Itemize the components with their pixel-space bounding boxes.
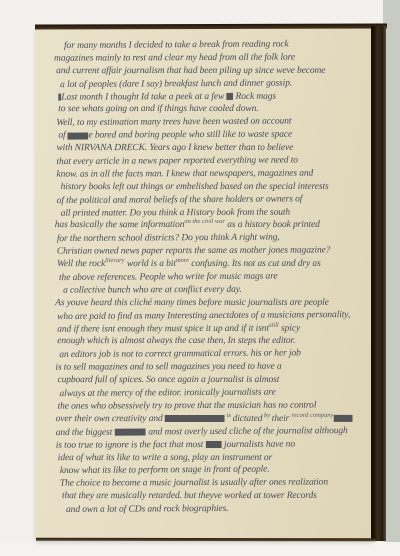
handwritten-text: that they are musically retarded. but th… [62, 491, 317, 501]
handwritten-text: has basically the same information [55, 220, 185, 230]
handwritten-text: who are paid to find as many Interesting… [57, 310, 350, 322]
handwritten-text: is too true to ignore is the fact that m… [56, 440, 206, 451]
handwritten-text: history books left out things or embelis… [61, 182, 329, 192]
scribbled-out-word: rd co [333, 414, 352, 424]
handwritten-line: for many months I decided to take a brea… [64, 38, 370, 53]
handwritten-text: a collective bunch who are at conflict e… [63, 285, 242, 296]
handwritten-text: idea of what its like to write a song, p… [58, 452, 272, 462]
handwritten-line: cupboard full of spices. So once again a… [57, 374, 371, 387]
book-top-edge [35, 24, 387, 30]
book-right-edge [371, 26, 386, 541]
handwritten-line: and the biggest cliche of and most overl… [56, 425, 372, 440]
handwritten-line: As youve heard this cliché many times be… [55, 297, 371, 310]
handwritten-text: the above references. People who write f… [59, 272, 278, 284]
handwritten-text: cupboard full of spices. So once again a… [57, 375, 279, 385]
handwritten-line: who are paid to find as many Interesting… [57, 309, 371, 324]
handwritten-text: As youve heard this cliché many times be… [55, 298, 329, 308]
scribbled-out-word: cliche of [114, 427, 146, 437]
handwritten-text: a lot of peoples (dare I say) breakfast … [60, 78, 292, 90]
handwritten-text: and the biggest [56, 427, 115, 437]
handwritten-line: know. as in all the facts man. I knew th… [57, 167, 371, 181]
handwritten-line: an editors job is not to correct grammat… [59, 347, 371, 362]
handwritten-text: an editors job is not to correct grammat… [59, 349, 301, 361]
scribbled-out-word: rock [206, 440, 222, 450]
handwritten-line: Well, to my estimation many trees have b… [56, 115, 370, 130]
handwritten-text: know what its like to perform on stage i… [60, 465, 270, 476]
handwritten-text: for the northern school districts? Do yo… [57, 233, 280, 245]
handwritten-line: for the northern school districts? Do yo… [57, 231, 371, 246]
handwritten-text: over their own creativity and [56, 414, 165, 424]
handwritten-line: over their own creativity and the record… [56, 413, 372, 426]
backdrop-bottom-strip [0, 542, 400, 556]
inserted-word: still [269, 321, 279, 328]
handwritten-line: magazines mainly to rest and clear my he… [54, 51, 370, 65]
handwritten-text: always at the mercy of the editor. ironi… [59, 388, 275, 400]
handwritten-text: The choice to become a music journalist … [60, 478, 328, 489]
handwritten-text: world is a bit [125, 259, 176, 269]
handwritten-text: is to sell magazines and to sell magazin… [55, 362, 281, 373]
handwritten-text: spicy [279, 323, 300, 333]
handwritten-line: of people bored and boring people who st… [58, 129, 370, 143]
handwritten-line: of the political and moral beliefs of th… [57, 193, 371, 208]
handwritten-text: of the political and moral beliefs of th… [57, 194, 303, 206]
inserted-word: more [176, 257, 189, 264]
handwritten-text: confusing. Its not as cut and dry as [189, 259, 321, 269]
notebook-page: for many months I decided to take a brea… [35, 27, 373, 540]
handwritten-text: Well the rock [57, 259, 105, 269]
handwritten-line: a collective bunch who are at conflict e… [63, 283, 371, 297]
handwritten-line: know what its like to perform on stage i… [60, 463, 372, 478]
handwritten-line: with NIRVANA DRECK. Years ago I knew bet… [56, 142, 370, 155]
handwritten-line: always at the mercy of the editor. ironi… [59, 386, 371, 401]
handwritten-text: know. as in all the facts man. I knew th… [57, 168, 314, 179]
inserted-word: record company [292, 412, 334, 419]
handwritten-text: Christian owned news paper reports the s… [57, 246, 331, 257]
handwritten-text: Rock mags [233, 91, 276, 101]
handwritten-text: the ones who obsessively try to prove th… [58, 400, 317, 411]
handwritten-line: history books left out things or embelis… [61, 181, 371, 194]
handwritten-text: their [272, 414, 292, 424]
handwritten-text: enough which is almost always the case t… [57, 336, 295, 346]
handwritten-text: Last month I thought Id take a peek at a… [61, 92, 226, 103]
handwritten-text: magazines mainly to rest and clear my he… [54, 53, 295, 64]
handwritten-text: as a history book printed [225, 220, 320, 230]
handwritten-text: Well, to my estimation many trees have b… [56, 117, 291, 129]
page-bottom-edge [36, 538, 376, 542]
handwritten-text: for many months I decided to take a brea… [64, 39, 289, 51]
handwritten-text: and most overly used cliche of the journ… [146, 426, 348, 437]
handwritten-text: e bored and boring people who still like… [88, 130, 292, 141]
scribbled-out-word: peopl [68, 131, 89, 141]
inserted-word: by [262, 412, 271, 419]
scribbled-out-word: m [226, 91, 233, 101]
scribbled-out-word: I [58, 92, 61, 102]
inserted-word: literary [105, 257, 125, 264]
inserted-word: is [225, 412, 233, 419]
handwritten-line: is to sell magazines and to sell magazin… [55, 361, 371, 375]
handwritten-line: the above references. People who write f… [59, 270, 371, 285]
handwritten-line: and own a lot of CDs and rock biographie… [66, 502, 372, 517]
handwritten-line: that they are musically retarded. but th… [62, 490, 372, 503]
handwriting: for many months I decided to take a brea… [54, 38, 372, 516]
handwritten-line: is too true to ignore is the fact that m… [56, 438, 372, 452]
handwritten-text: all printed matter. Do you think a Histo… [61, 207, 290, 218]
handwritten-text: that every article in a news paper repor… [56, 155, 297, 167]
handwritten-line: that every article in a news paper repor… [56, 154, 370, 169]
inserted-word: on the civil war [184, 218, 225, 225]
handwritten-text: journalists have no [222, 439, 295, 449]
handwritten-line: The choice to become a music journalist … [60, 477, 372, 491]
handwritten-text: to see whats going on and if things have… [58, 104, 258, 114]
handwritten-line: Well the rockliterary world is a bitmore… [57, 258, 371, 271]
scribbled-out-word: the record comp [165, 414, 225, 424]
handwritten-text: with NIRVANA DRECK. Years ago I knew bet… [56, 143, 293, 153]
handwritten-line: a lot of peoples (dare I say) breakfast … [60, 77, 370, 92]
handwritten-text: dictated [233, 414, 263, 424]
handwritten-text: and own a lot of CDs and rock biographie… [66, 504, 229, 515]
handwritten-text: and if there isnt enough they must spice… [57, 323, 269, 334]
handwritten-line: and current affair journalism that had b… [56, 65, 370, 78]
handwritten-text: and current affair journalism that had b… [56, 66, 325, 76]
